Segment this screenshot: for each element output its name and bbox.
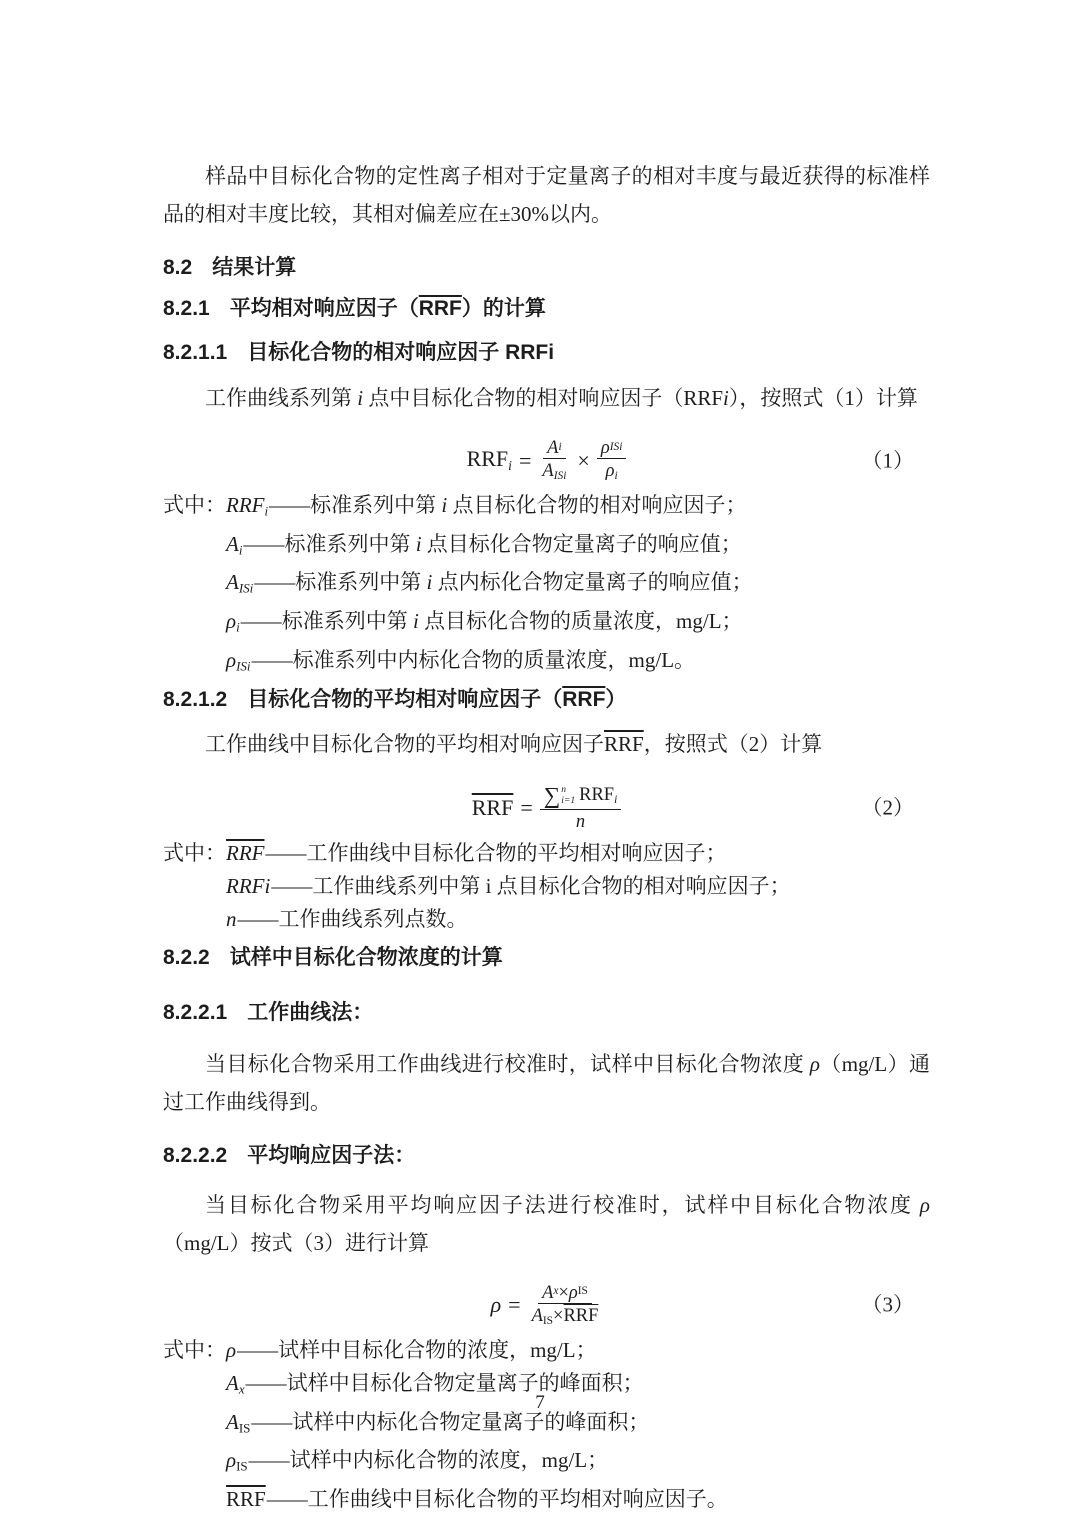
definition-item: 式中：ρ——试样中目标化合物的浓度，mg/L； [163,1334,930,1367]
text-run: RRF [562,688,605,711]
text-run: 工作曲线系列点数。 [279,907,468,931]
text-run: RRF [226,1487,266,1511]
fraction: ∑ni=1RRFi n [540,784,622,831]
equals-sign: = [520,797,532,819]
text-run: 标准系列中第 [282,609,413,633]
text-run: ρ [601,438,610,456]
text-run: ISi [236,658,250,673]
text-run: RRF [604,732,644,756]
text-run: ，按照式（2）计算 [644,732,823,756]
denominator: ρi [602,459,622,483]
text-run: A [532,1305,543,1325]
def-description: 标准系列中第 i 点内标化合物定量离子的响应值； [295,570,752,594]
numerator: ρISi [597,438,627,459]
text-run: 平均相对响应因子（ [230,297,419,320]
text-run: 点目标化合物的质量浓度，mg/L； [419,609,743,633]
text-run: i [236,620,240,635]
text-run: × [558,1283,568,1301]
definition-item: ρIS——试样中内标化合物的浓度，mg/L； [163,1444,930,1483]
definition-item: 式中：RRF——工作曲线中目标化合物的平均相对响应因子； [163,837,930,870]
heading-title: 结果计算 [212,254,296,282]
text-run: ） [605,688,626,711]
equation-3: ρ = Ax×ρIS AIS×RRF [491,1283,603,1328]
def-dash: —— [249,1448,289,1472]
definition-item: ρi——标准系列中第 i 点目标化合物的质量浓度，mg/L； [163,605,930,644]
equation-2: RRF = ∑ni=1RRFi n [472,784,622,831]
formula-1: RRFi = Ai AISi × ρISi ρi （1） [163,438,930,483]
eq-lhs: RRF [472,797,514,819]
def-symbol: RRF [226,841,264,865]
formula-3: ρ = Ax×ρIS AIS×RRF （3） [163,1283,930,1328]
heading-number: 8.2 [163,254,192,282]
text-run: 点目标化合物定量离子的响应值； [422,532,742,556]
text-run: ），按照式（1）计算 [729,386,918,410]
def-symbol: ρi [226,609,240,633]
def-description: 工作曲线中目标化合物的平均相对响应因子。 [308,1487,728,1511]
equals-sign: = [519,450,531,472]
def-symbol: RRFi [226,874,270,898]
def-dash: —— [237,1338,277,1362]
times-sign: × [577,450,589,472]
def-symbol: n [226,907,237,931]
text-run: 试样中内标化合物的浓度，mg/L； [290,1448,609,1472]
def-label: 式中： [163,493,226,517]
equals-sign: = [508,1294,520,1316]
denominator: AIS×RRF [528,1304,603,1328]
text-run: RRF [419,297,462,320]
text-run: 标准系列中第 [284,532,415,556]
def-description: 标准系列中第 i 点目标化合物的相对响应因子； [310,493,746,517]
text-run: A [226,532,239,556]
equation-number-2: （2） [862,797,915,818]
text-run: RRF [472,795,514,820]
definition-list-2: 式中：RRF——工作曲线中目标化合物的平均相对响应因子； RRFi——工作曲线系… [163,837,930,936]
definition-item: 式中：RRFi——标准系列中第 i 点目标化合物的相对响应因子； [163,489,930,528]
definition-item: n——工作曲线系列点数。 [163,903,930,936]
document-page: 样品中目标化合物的定性离子相对于定量离子的相对丰度与最近获得的标准样品的相对丰度… [0,0,1080,1527]
text-run: IS [236,1459,248,1474]
def-description: 工作曲线系列点数。 [279,907,468,931]
definition-list-1: 式中：RRFi——标准系列中第 i 点目标化合物的相对响应因子； Ai——标准系… [163,489,930,682]
text-run: IS [578,1286,588,1297]
heading-number: 8.2.2 [163,944,210,972]
definition-item: ρISi——标准系列中内标化合物的质量浓度，mg/L。 [163,644,930,683]
definition-list-3: 式中：ρ——试样中目标化合物的浓度，mg/L； Ax——试样中目标化合物定量离子… [163,1334,930,1516]
formula-2: RRF = ∑ni=1RRFi n （2） [163,784,930,831]
text-run: IS [239,1420,251,1435]
text-run: 标准系列中第 [295,570,426,594]
heading-8-2-2: 8.2.2 试样中目标化合物浓度的计算 [163,944,930,972]
text-run: n [576,811,585,831]
paragraph-rrfi: 工作曲线系列第 i 点中目标化合物的相对响应因子（RRFi），按照式（1）计算 [163,379,930,417]
heading-number: 8.2.1 [163,295,210,323]
sum-body: RRFi [579,785,617,807]
def-label: 式中： [163,1338,226,1362]
text-run: i [558,442,561,453]
def-description: 工作曲线中目标化合物的平均相对响应因子； [306,841,726,865]
text-run: ρ [226,1448,236,1472]
heading-8-2-2-2: 8.2.2.2 平均响应因子法： [163,1142,930,1170]
heading-8-2-1: 8.2.1 平均相对响应因子（RRF）的计算 [163,295,930,323]
text-run: RRF [579,784,614,804]
text-run: RRF [226,493,264,517]
def-dash: —— [241,609,281,633]
text-run: × [553,1305,563,1325]
eq-lhs: RRFi [467,448,512,472]
def-dash: —— [238,907,278,931]
heading-number: 8.2.1.2 [163,686,227,714]
text-run: RRFi [226,874,270,898]
definition-item: AISi——标准系列中第 i 点内标化合物定量离子的响应值； [163,566,930,605]
text-run: 工作曲线中目标化合物的平均相对响应因子。 [308,1487,728,1511]
eq-lhs: ρ [491,1294,502,1316]
def-dash: —— [269,493,309,517]
def-symbol: RRFi [226,493,268,517]
text-run: 平均响应因子法： [247,1144,415,1167]
def-symbol: RRF [226,1487,266,1511]
page-number: 7 [0,1392,1080,1414]
def-label: 式中： [163,841,226,865]
text-run: A [542,460,553,480]
numerator: ∑ni=1RRFi [540,784,622,810]
fraction: ρISi ρi [597,438,627,483]
equation-number-3: （3） [862,1295,915,1316]
paragraph-factor-method: 当目标化合物采用平均响应因子法进行校准时，试样中目标化合物浓度 ρ（mg/L）按… [163,1186,930,1262]
paragraph-curve-method: 当目标化合物采用工作曲线进行校准时，试样中目标化合物浓度 ρ（mg/L）通过工作… [163,1045,930,1121]
heading-8-2-1-1: 8.2.1.1 目标化合物的相对响应因子 RRFi [163,339,930,367]
text-run: A [226,570,239,594]
text-run: ISi [239,581,253,596]
def-description: 工作曲线系列中第 i 点目标化合物的相对响应因子； [312,874,790,898]
text-run: A [542,1283,553,1301]
text-run: A [547,438,558,456]
text-run: ISi [610,442,623,453]
fraction: Ai AISi [538,438,570,483]
text-run: 点内标化合物定量离子的响应值； [432,570,752,594]
text-run: RRF [563,1305,598,1325]
text-run: 当目标化合物采用工作曲线进行校准时，试样中目标化合物浓度 [205,1052,810,1076]
def-description: 试样中内标化合物的浓度，mg/L； [290,1448,609,1472]
text-run: ）的计算 [462,297,546,320]
text-run: IS [543,1316,553,1328]
heading-number: 8.2.2.1 [163,999,227,1027]
def-symbol: ρ [226,1338,236,1362]
text-run: ρ [920,1193,930,1217]
text-run: i [264,504,268,519]
text-run: 试样中目标化合物的浓度，mg/L； [278,1338,597,1362]
text-run: （mg/L）按式（3）进行计算 [163,1231,429,1255]
heading-title: 工作曲线法： [247,999,373,1027]
text-run: ρ [569,1283,578,1301]
heading-title: 平均响应因子法： [247,1142,415,1170]
paragraph-avg-rrf: 工作曲线中目标化合物的平均相对响应因子RRF，按照式（2）计算 [163,725,930,763]
def-symbol: AISi [226,570,253,594]
text-run: 试样中目标化合物浓度的计算 [230,946,503,969]
text-run: RRF [226,841,264,865]
def-dash: —— [267,1487,307,1511]
heading-title: 目标化合物的平均相对响应因子（RRF） [247,686,626,714]
heading-title: 平均相对响应因子（RRF）的计算 [230,295,546,323]
page-content: 样品中目标化合物的定性离子相对于定量离子的相对丰度与最近获得的标准样品的相对丰度… [163,0,930,1516]
def-symbol: ρISi [226,648,251,672]
def-symbol: Ai [226,532,242,556]
text-run: RRF [467,446,509,471]
def-dash: —— [254,570,294,594]
numerator: Ax×ρIS [538,1283,592,1304]
def-description: 标准系列中第 i 点目标化合物定量离子的响应值； [284,532,741,556]
text-run: 工作曲线系列第 [205,386,357,410]
def-description: 标准系列中内标化合物的质量浓度，mg/L。 [293,648,696,672]
def-dash: —— [243,532,283,556]
text-run: 工作曲线中目标化合物的平均相对响应因子 [205,732,604,756]
heading-title: 目标化合物的相对响应因子 RRFi [247,339,554,367]
text-run: 工作曲线中目标化合物的平均相对响应因子； [306,841,726,865]
text-run: ρ [491,1292,502,1317]
definition-item: RRF——工作曲线中目标化合物的平均相对响应因子。 [163,1483,930,1516]
text-run: 标准系列中第 [310,493,441,517]
text-run: 点中目标化合物的相对响应因子（RRF [363,386,723,410]
heading-8-2: 8.2 结果计算 [163,254,930,282]
heading-number: 8.2.1.1 [163,339,227,367]
text-run: 工作曲线系列中第 i 点目标化合物的相对响应因子； [312,874,790,898]
definition-item: RRFi——工作曲线系列中第 i 点目标化合物的相对响应因子； [163,870,930,903]
def-description: 标准系列中第 i 点目标化合物的质量浓度，mg/L； [282,609,743,633]
text-run: i [508,458,512,473]
text-run: n [226,907,237,931]
text-run: 工作曲线法： [247,1001,373,1024]
denominator: AISi [538,459,570,483]
heading-number: 8.2.2.2 [163,1142,227,1170]
denominator: n [572,810,589,830]
text-run: 当目标化合物采用平均响应因子法进行校准时，试样中目标化合物浓度 [205,1193,920,1217]
sum-lower-limit: i=1 [561,796,575,807]
numerator: Ai [543,438,565,459]
intro-paragraph: 样品中目标化合物的定性离子相对于定量离子的相对丰度与最近获得的标准样品的相对丰度… [163,157,930,233]
equation-number-1: （1） [862,450,915,471]
fraction: Ax×ρIS AIS×RRF [528,1283,603,1328]
text-run: i [614,471,617,483]
text-run: 标准系列中内标化合物的质量浓度，mg/L。 [293,648,696,672]
def-dash: —— [252,648,292,672]
equation-1: RRFi = Ai AISi × ρISi ρi [467,438,627,483]
heading-title: 试样中目标化合物浓度的计算 [230,944,503,972]
def-dash: —— [265,841,305,865]
text-run: 点目标化合物的相对响应因子； [447,493,746,517]
heading-8-2-1-2: 8.2.1.2 目标化合物的平均相对响应因子（RRF） [163,686,930,714]
text-run: 目标化合物的平均相对响应因子（ [247,688,562,711]
text-run: ρ [226,609,236,633]
def-dash: —— [271,874,311,898]
definition-item: Ai——标准系列中第 i 点目标化合物定量离子的响应值； [163,528,930,567]
text-run: ρ [810,1052,820,1076]
heading-8-2-2-1: 8.2.2.1 工作曲线法： [163,999,930,1027]
def-symbol: ρIS [226,1448,248,1472]
text-run: ρ [226,1338,236,1362]
text-run: 目标化合物的相对响应因子 RRFi [247,341,554,364]
text-run: ISi [554,471,567,483]
text-run: i [614,794,617,806]
text-run: ρ [226,648,236,672]
sum-symbol: ∑ [544,784,560,807]
text-run: i [239,542,243,557]
sum-limits: ni=1 [561,785,575,806]
def-description: 试样中目标化合物的浓度，mg/L； [278,1338,597,1362]
